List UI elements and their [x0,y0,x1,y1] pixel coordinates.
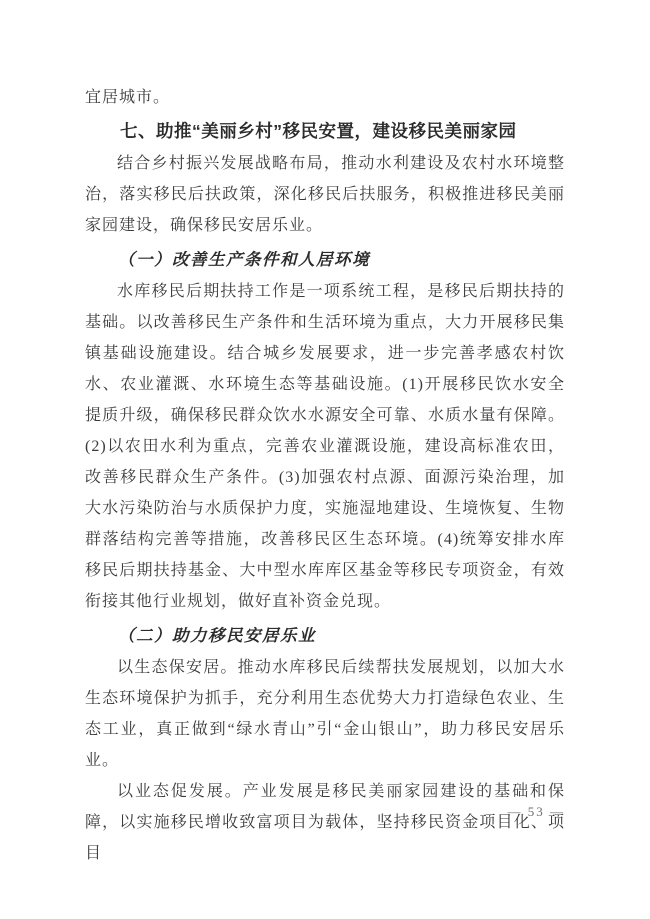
paragraph-subsection-1: 水库移民后期扶持工作是一项系统工程，是移民后期扶持的基础。以改善移民生产条件和生… [85,276,565,617]
section-heading: 七、助推“美丽乡村”移民安置，建设移民美丽家园 [85,116,565,147]
document-content: 宜居城市。 七、助推“美丽乡村”移民安置，建设移民美丽家园 结合乡村振兴发展战略… [85,82,565,869]
paragraph-intro: 结合乡村振兴发展战略布局，推动水利建设及农村水环境整治，落实移民后扶政策，深化移… [85,148,565,241]
document-page: 宜居城市。 七、助推“美丽乡村”移民安置，建设移民美丽家园 结合乡村振兴发展战略… [0,0,650,919]
paragraph-subsection-2a: 以生态保安居。推动水库移民后续帮扶发展规划，以加大水生态环境保护为抓手，充分利用… [85,652,565,776]
subsection-heading-1: （一）改善生产条件和人居环境 [85,244,565,275]
paragraph-continuation: 宜居城市。 [85,82,565,113]
paragraph-subsection-2b: 以业态促发展。产业发展是移民美丽家园建设的基础和保障，以实施移民增收致富项目为载… [85,776,565,869]
page-number: — 53 — [508,804,566,820]
subsection-heading-2: （二）助力移民安居乐业 [85,620,565,651]
